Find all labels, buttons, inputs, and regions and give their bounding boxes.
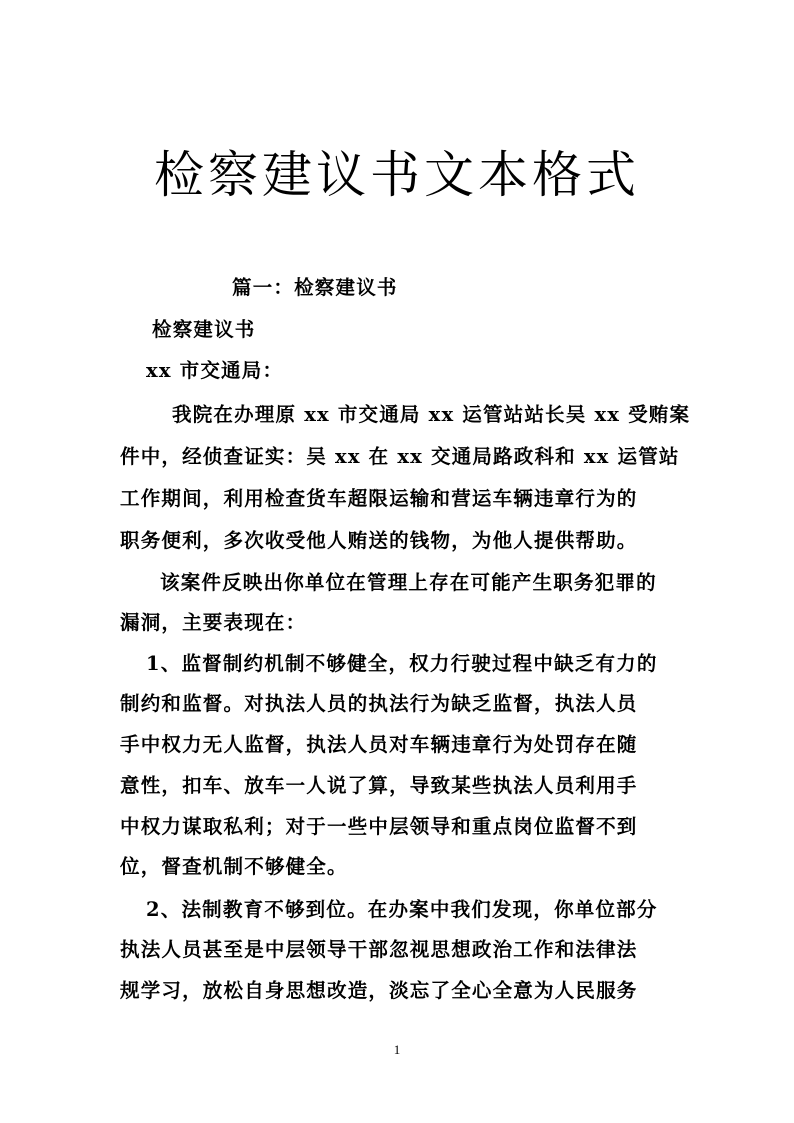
section-heading: 篇一：检察建议书 (232, 274, 398, 302)
body-line: 该案件反映出你单位在管理上存在可能产生职务犯罪的 (160, 569, 657, 597)
body-line: 件中，经侦查证实：吴 xx 在 xx 交通局路政科和 xx 运管站 (120, 443, 680, 471)
body-line: 意性，扣车、放车一人说了算，导致某些执法人员利用手 (120, 772, 638, 800)
body-line: 漏洞，主要表现在： (120, 609, 306, 637)
body-line: 制约和监督。对执法人员的执法行为缺乏监督，执法人员 (120, 690, 638, 718)
body-line: 职务便利，多次收受他人贿送的钱物，为他人提供帮助。 (120, 527, 638, 555)
body-line: 我院在办理原 xx 市交通局 xx 运管站站长吴 xx 受贿案 (172, 401, 690, 429)
list-item-1: 1、监督制约机制不够健全，权力行驶过程中缺乏有力的 (146, 650, 658, 678)
body-line: 手中权力无人监督，执法人员对车辆违章行为处罚存在随 (120, 731, 638, 759)
body-line: 执法人员甚至是中层领导干部忽视思想政治工作和法律法 (120, 936, 638, 964)
body-line: 中权力谋取私利；对于一些中层领导和重点岗位监督不到 (120, 813, 638, 841)
subheading: 检察建议书 (152, 316, 256, 344)
body-line: 工作期间，利用检查货车超限运输和营运车辆违章行为的 (120, 485, 638, 513)
addressee: xx 市交通局： (146, 357, 283, 385)
body-line: 规学习，放松自身思想改造，淡忘了全心全意为人民服务 (120, 977, 638, 1005)
list-item-2: 2、法制教育不够到位。在办案中我们发现，你单位部分 (146, 896, 658, 924)
document-title: 检察建议书文本格式 (0, 140, 794, 210)
body-line: 位，督查机制不够健全。 (120, 853, 348, 881)
page-number: 1 (0, 1042, 794, 1058)
